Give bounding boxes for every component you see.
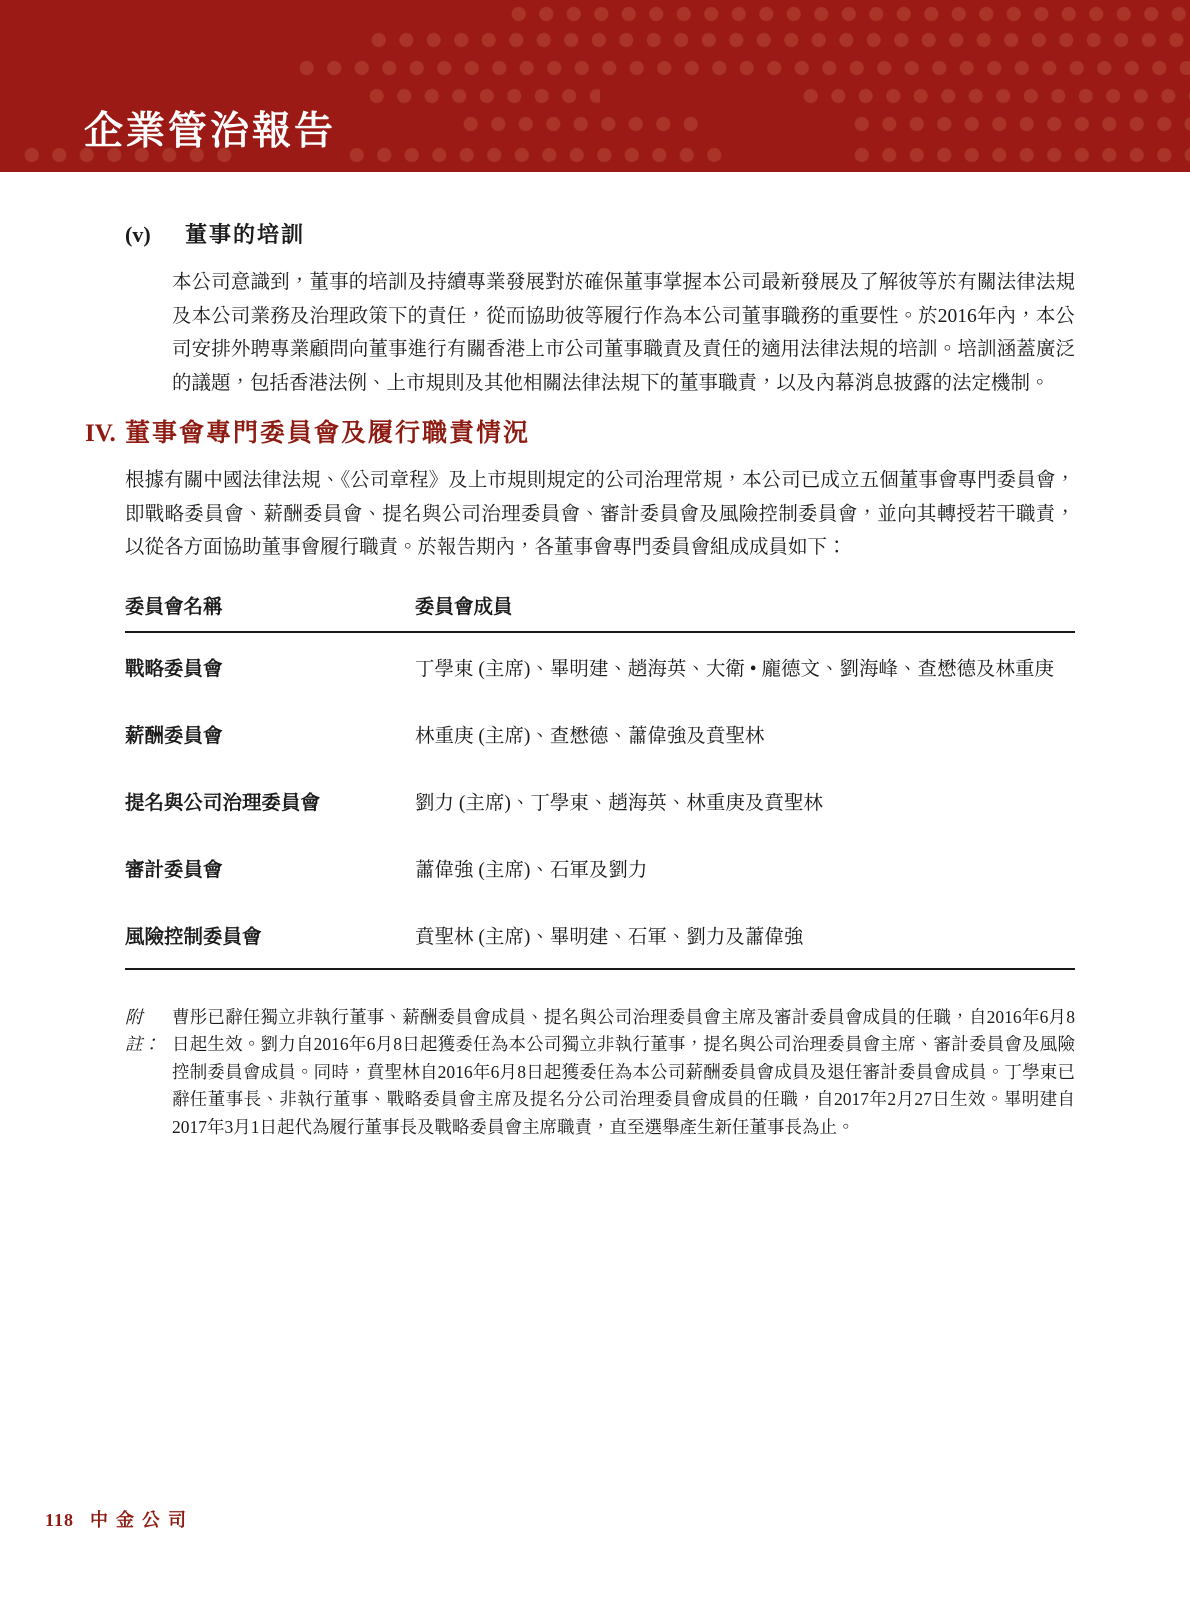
dot-pattern-strip bbox=[797, 82, 1190, 110]
committee-table-head: 委員會名稱 委員會成員 bbox=[125, 591, 1075, 632]
committee-table: 委員會名稱 委員會成員 戰略委員會 丁學東 (主席)、畢明建、趙海英、大衛 • … bbox=[125, 591, 1075, 970]
committee-name: 提名與公司治理委員會 bbox=[125, 767, 415, 834]
table-row: 審計委員會 蕭偉強 (主席)、石軍及劉力 bbox=[125, 834, 1075, 901]
section-iv-heading-row: IV. 董事會專門委員會及履行職責情況 bbox=[85, 416, 1075, 452]
committee-members-header: 委員會成員 bbox=[415, 591, 1075, 632]
table-row: 風險控制委員會 賁聖林 (主席)、畢明建、石軍、劉力及蕭偉強 bbox=[125, 901, 1075, 969]
section-v-paragraph: 本公司意識到，董事的培訓及持續專業發展對於確保董事掌握本公司最新發展及了解彼等於… bbox=[172, 266, 1075, 400]
page-title: 企業管治報告 bbox=[84, 100, 336, 156]
committee-members: 丁學東 (主席)、畢明建、趙海英、大衛 • 龐德文、劉海峰、查懋德及林重庚 bbox=[415, 632, 1075, 700]
committee-members: 林重庚 (主席)、查懋德、蕭偉強及賁聖林 bbox=[415, 700, 1075, 767]
dot-pattern-strip bbox=[293, 54, 1190, 82]
committee-name: 風險控制委員會 bbox=[125, 901, 415, 969]
committee-name-header: 委員會名稱 bbox=[125, 591, 415, 632]
page-footer: 118 中金公司 bbox=[45, 1506, 194, 1532]
page-header-banner: 企業管治報告 bbox=[0, 0, 1190, 172]
committee-members: 賁聖林 (主席)、畢明建、石軍、劉力及蕭偉強 bbox=[415, 901, 1075, 969]
committee-table-body: 戰略委員會 丁學東 (主席)、畢明建、趙海英、大衛 • 龐德文、劉海峰、查懋德及… bbox=[125, 632, 1075, 969]
dot-pattern-strip bbox=[365, 26, 1190, 54]
dot-pattern-strip bbox=[505, 0, 1190, 28]
dot-pattern-strip bbox=[343, 138, 733, 172]
section-v-heading-row: (v) 董事的培訓 bbox=[125, 220, 1075, 250]
table-row: 提名與公司治理委員會 劉力 (主席)、丁學東、趙海英、林重庚及賁聖林 bbox=[125, 767, 1075, 834]
section-iv-heading: 董事會專門委員會及履行職責情況 bbox=[125, 416, 530, 452]
section-board-committees: IV. 董事會專門委員會及履行職責情況 根據有關中國法律法規、《公司章程》及上市… bbox=[0, 416, 1190, 1141]
dot-pattern-strip bbox=[363, 82, 600, 110]
dot-pattern-strip bbox=[457, 110, 707, 138]
committee-members: 蕭偉強 (主席)、石軍及劉力 bbox=[415, 834, 1075, 901]
notes-block: 附註： 曹彤已辭任獨立非執行董事、薪酬委員會成員、提名與公司治理委員會主席及審計… bbox=[125, 1004, 1075, 1142]
dot-pattern-strip bbox=[848, 110, 1190, 138]
footer-page-number: 118 bbox=[45, 1510, 74, 1531]
committee-members: 劉力 (主席)、丁學東、趙海英、林重庚及賁聖林 bbox=[415, 767, 1075, 834]
section-director-training: (v) 董事的培訓 本公司意識到，董事的培訓及持續專業發展對於確保董事掌握本公司… bbox=[0, 220, 1190, 400]
notes-text: 曹彤已辭任獨立非執行董事、薪酬委員會成員、提名與公司治理委員會主席及審計委員會成… bbox=[172, 1004, 1075, 1142]
page-body: (v) 董事的培訓 本公司意識到，董事的培訓及持續專業發展對於確保董事掌握本公司… bbox=[0, 220, 1190, 1141]
section-iv-paragraph: 根據有關中國法律法規、《公司章程》及上市規則規定的公司治理常規，本公司已成立五個… bbox=[125, 464, 1075, 565]
notes-label: 附註： bbox=[125, 1004, 172, 1142]
committee-name: 薪酬委員會 bbox=[125, 700, 415, 767]
section-v-label: (v) bbox=[125, 222, 185, 248]
section-v-heading: 董事的培訓 bbox=[185, 220, 305, 250]
footer-company-name: 中金公司 bbox=[90, 1506, 194, 1532]
table-header-row: 委員會名稱 委員會成員 bbox=[125, 591, 1075, 632]
table-row: 薪酬委員會 林重庚 (主席)、查懋德、蕭偉強及賁聖林 bbox=[125, 700, 1075, 767]
report-page: 企業管治報告 (v) 董事的培訓 本公司意識到，董事的培訓及持續專業發展對於確保… bbox=[0, 0, 1190, 1615]
committee-name: 審計委員會 bbox=[125, 834, 415, 901]
section-iv-label: IV. bbox=[85, 420, 125, 448]
committee-name: 戰略委員會 bbox=[125, 632, 415, 700]
table-row: 戰略委員會 丁學東 (主席)、畢明建、趙海英、大衛 • 龐德文、劉海峰、查懋德及… bbox=[125, 632, 1075, 700]
dot-pattern-strip bbox=[848, 138, 1190, 172]
